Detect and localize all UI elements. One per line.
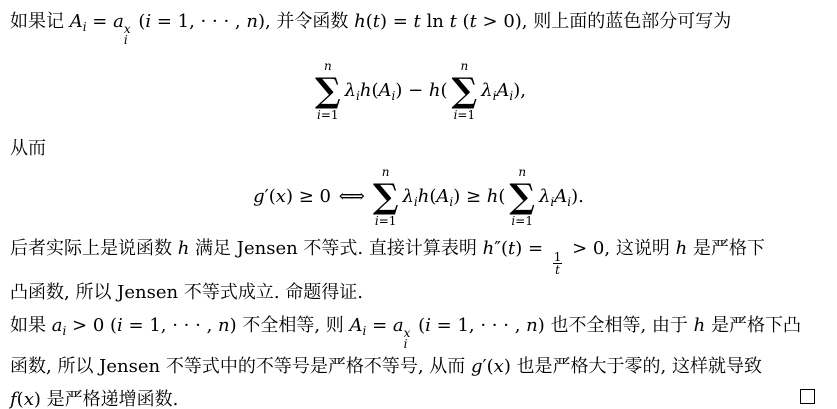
sup-sub-stack: xi [124,24,131,46]
math-var-h: h [429,80,441,101]
cjk-text: ), 并令函数 [258,11,354,32]
paragraph-strict: 如果 ai > 0 (i = 1, · · · , n) 不全相等, 则 Ai … [10,309,827,409]
math-text: ( [133,11,146,32]
equals-sign: = [87,11,114,32]
text-line: 函数, 所以 Jensen 不等式中的不等号是严格不等号, 从而 g′(x) 也… [10,350,827,383]
math-var-h: h [178,238,190,259]
cjk-text: 凸函数, 所以 Jensen 不等式成立. 命题得证. [10,282,363,303]
cjk-text: 从而 [10,138,46,159]
math-var-h: h [487,186,499,207]
math-var-h: h [418,186,430,207]
math-var-g: g [253,186,265,207]
math-var-a: a [113,11,124,32]
math-text: ( [412,315,425,336]
left-paren: ( [498,186,505,207]
fraction-1-over-t: 1t [552,251,564,276]
iff-arrow: ⇐⇒ [339,186,361,207]
cjk-text: 如果记 [10,11,70,32]
cjk-text: 后者实际上是说函数 [10,238,178,259]
math-var-h: h [354,11,366,32]
qed-box-icon [800,389,815,404]
ln-operator: ln [421,11,450,32]
math-var-t: t [450,11,457,32]
math-var-n: n [526,315,538,336]
subscript-i: i [124,35,128,46]
cjk-text: ) 也是严格大于零的, 这样就导致 [504,356,762,377]
cjk-text: ) 是严格递增函数. [34,389,178,409]
cjk-text: > 0), 则上面的蓝色部分可写为 [477,11,731,32]
right-paren-period: ). [571,186,584,207]
math-var-A: A [70,11,83,32]
math-var-h: h [483,238,495,259]
math-text: = 1, · · · , [431,315,526,336]
math-var-A: A [379,80,392,101]
sum-lower-limit: i=1 [317,109,339,122]
geq-zero: ) ≥ 0 [286,186,337,207]
math-var-A: A [554,186,567,207]
geq-sign: ) ≥ [453,186,487,207]
math-var-h: h [694,315,706,336]
math-var-lambda: λ [345,80,356,101]
sum-lower-limit: i=1 [511,215,533,228]
left-paren: ( [371,80,378,101]
summation-symbol: ∑ [373,179,399,215]
summation-operator: n∑i=1 [509,166,535,228]
summation-symbol: ∑ [452,73,478,109]
connective-text: 从而 [10,136,827,162]
math-var-x: x [494,356,504,377]
final-sentence: f(x) 是严格递增函数. [10,383,178,409]
math-var-n: n [246,11,258,32]
math-var-h: h [360,80,372,101]
math-var-h: h [676,238,688,259]
math-var-g: g [471,356,483,377]
left-paren: ( [17,389,24,409]
summation-symbol: ∑ [509,179,535,215]
summation-operator: n∑i=1 [452,60,478,122]
equals-sign: = [366,315,393,336]
math-text: ( [457,11,470,32]
subscript-i: i [404,339,408,350]
cjk-text: 函数, 所以 Jensen 不等式中的不等号是严格不等号, 从而 [10,356,471,377]
math-var-x: x [276,186,286,207]
minus-sign: ) − [395,80,429,101]
math-var-t: t [470,11,477,32]
display-formula-1: n∑i=1λih(Ai) − h(n∑i=1λiAi), [10,60,827,122]
left-paren: ( [366,11,373,32]
math-var-A: A [436,186,449,207]
math-text: = 1, · · · , [151,11,246,32]
summation-operator: n∑i=1 [315,60,341,122]
document-page: 如果记 Ai = axi (i = 1, · · · , n), 并令函数 h(… [0,0,837,409]
cjk-text: 是严格下凸 [705,315,801,336]
sum-index-eq: =1 [379,214,397,228]
sup-sub-stack: xi [404,328,411,350]
left-paren: ( [487,356,494,377]
cjk-text: 如果 [10,315,52,336]
cjk-text: ) 不全相等, 则 [230,315,350,336]
cjk-text: 是严格下 [687,238,765,259]
math-var-lambda: λ [402,186,413,207]
text-line: 如果 ai > 0 (i = 1, · · · , n) 不全相等, 则 Ai … [10,309,827,350]
math-var-a: a [52,315,63,336]
sum-index-eq: =1 [321,108,339,122]
left-paren: ( [269,186,276,207]
cjk-text: > 0, 这说明 [566,238,675,259]
display-formula-2: g′(x) ≥ 0 ⇐⇒n∑i=1λih(Ai) ≥ h(n∑i=1λiAi). [10,166,827,228]
text-line: 后者实际上是说函数 h 满足 Jensen 不等式. 直接计算表明 h″(t) … [10,232,827,276]
summation-operator: n∑i=1 [373,166,399,228]
paragraph-jensen: 后者实际上是说函数 h 满足 Jensen 不等式. 直接计算表明 h″(t) … [10,232,827,309]
math-text: ) = [380,11,414,32]
math-var-t: t [373,11,380,32]
math-var-lambda: λ [481,80,492,101]
sum-lower-limit: i=1 [375,215,397,228]
sum-index-eq: =1 [457,108,475,122]
paragraph-intro: 如果记 Ai = axi (i = 1, · · · , n), 并令函数 h(… [10,6,827,46]
summation-symbol: ∑ [315,73,341,109]
math-var-lambda: λ [539,186,550,207]
left-paren: ( [441,80,448,101]
text-line: 凸函数, 所以 Jensen 不等式成立. 命题得证. [10,276,827,309]
right-paren-comma: ), [513,80,526,101]
math-var-a: a [393,315,404,336]
double-prime-mark: ″ [494,238,501,259]
math-var-x: x [24,389,34,409]
cjk-text: 满足 Jensen 不等式. 直接计算表明 [189,238,482,259]
math-var-n: n [218,315,230,336]
math-text: = 1, · · · , [123,315,218,336]
fraction-denominator: t [553,263,562,276]
math-var-A: A [496,80,509,101]
math-text: > 0 ( [66,315,117,336]
fraction-numerator: 1 [552,251,564,263]
math-var-t: t [414,11,421,32]
cjk-text: ) 也不全相等, 由于 [538,315,694,336]
math-text: ) = [515,238,549,259]
math-var-A: A [350,315,363,336]
sum-index-eq: =1 [515,214,533,228]
text-line-final: f(x) 是严格递增函数. [10,383,827,409]
math-var-f: f [10,389,17,409]
sum-lower-limit: i=1 [454,109,476,122]
left-paren: ( [501,238,508,259]
